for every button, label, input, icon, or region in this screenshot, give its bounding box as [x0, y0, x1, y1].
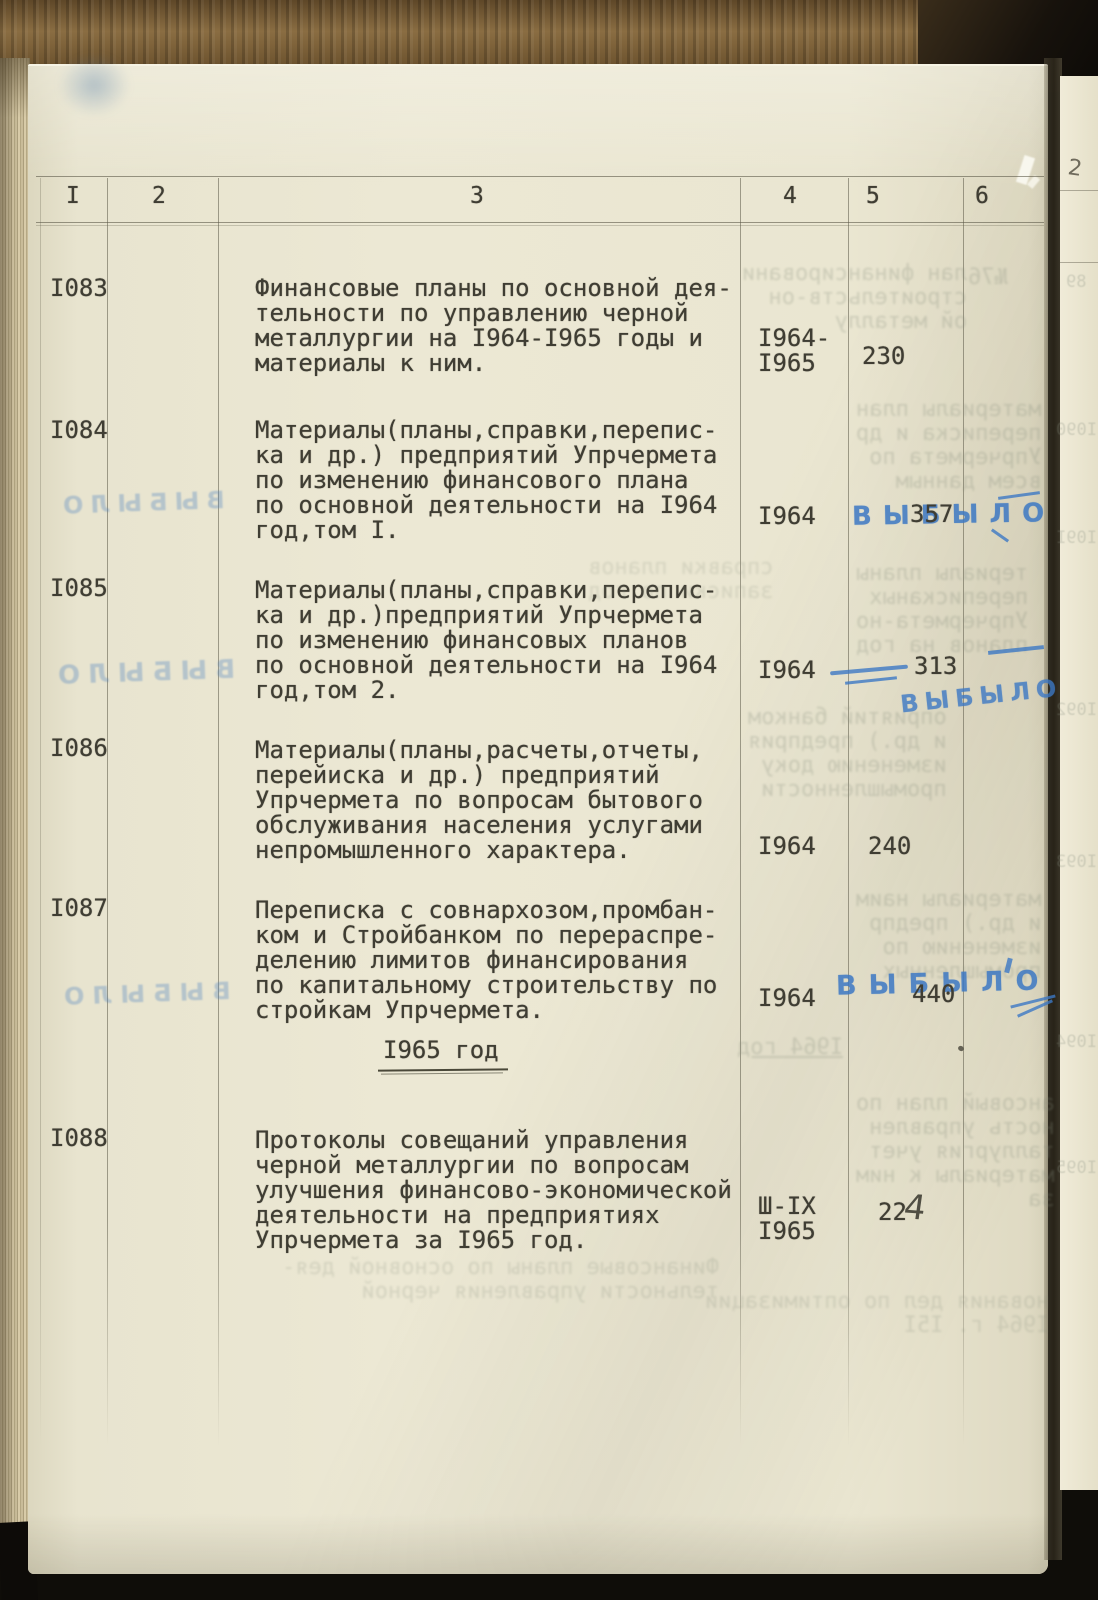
entry-title: Материалы(планы,расчеты,отчеты, перейиск… — [255, 738, 703, 863]
bleedthrough-text: материалы план переписка и др Упрчермета… — [856, 398, 1041, 494]
column-rule — [40, 178, 41, 1446]
bleedthrough-entry-number: I090 — [1056, 420, 1097, 440]
next-page-rule — [1060, 262, 1098, 263]
section-heading-1965: I965 год — [383, 1038, 499, 1063]
bleedthrough-text: Финансовые планы по основной дея- тельно… — [282, 1256, 719, 1304]
entry-dates: Ш-IX I965 — [758, 1194, 816, 1244]
bleedthrough-entry-number: 89 — [1066, 272, 1086, 292]
archival-scan-page: 2 I 2 3 4 5 6 I083 Финансовые планы по о… — [0, 0, 1098, 1600]
entry-number: I088 — [50, 1126, 108, 1151]
column-header-2: 2 — [152, 184, 166, 209]
entry-dates: I964 — [758, 986, 816, 1011]
entry-dates: I964 — [758, 504, 816, 529]
bleedthrough-text: справки планов записки по год — [588, 556, 773, 604]
entry-title: Финансовые планы по основной дея- тельно… — [255, 276, 732, 376]
entry-count: 440 — [912, 982, 955, 1007]
entry-number: I084 — [50, 418, 108, 443]
column-rule — [218, 178, 219, 1446]
bleedthrough-text: №76 — [968, 266, 1008, 290]
column-header-4: 4 — [783, 184, 797, 209]
column-rule — [848, 178, 849, 1446]
bleedthrough-text: нования дел по оптимизации I964 г. I5I — [705, 1290, 1049, 1338]
bleedthrough-text: лан финансировани строительств-он ой мет… — [742, 262, 967, 334]
entry-title: Протоколы совещаний управления черной ме… — [255, 1128, 732, 1253]
column-header-1: I — [66, 184, 80, 209]
entry-number: I087 — [50, 896, 108, 921]
entry-count: 240 — [868, 834, 911, 859]
table-header-rule-double — [36, 225, 1044, 226]
bleedthrough-entry-number: I093 — [1056, 852, 1097, 872]
vybylo-stamp: ВЫБЫЛО — [852, 498, 1056, 532]
bleedthrough-entry-number: I092 — [1056, 700, 1097, 720]
entry-count: 357 — [910, 502, 953, 527]
next-page-rule — [1060, 190, 1098, 191]
entry-number: I083 — [50, 276, 108, 301]
bleedthrough-text: ансовый план по ность управлен таллургия… — [856, 1092, 1055, 1212]
column-rule — [107, 178, 108, 1446]
bleedthrough-entry-number: I09I — [1056, 528, 1097, 548]
column-rule — [740, 178, 741, 1446]
table-header-rule — [36, 222, 1044, 223]
ink-smudge — [58, 54, 130, 116]
bleedthrough-entry-number: I094 — [1056, 1032, 1097, 1052]
entry-dates: I964 — [758, 834, 816, 859]
page-stack-edge — [0, 58, 30, 1558]
entry-dates: I964 — [758, 658, 816, 683]
bleedthrough-text: I964 год — [737, 1036, 843, 1060]
entry-number: I086 — [50, 736, 108, 761]
bleedthrough-entry-number: I095 — [1056, 1158, 1097, 1178]
column-header-3: 3 — [470, 184, 484, 209]
entry-title: Материалы(планы,справки,перепис- ка и др… — [255, 418, 717, 543]
column-rule — [963, 178, 964, 1446]
table-top-rule — [36, 176, 1044, 177]
entry-title: Переписка с совнархозом,промбан- ком и С… — [255, 898, 717, 1023]
column-header-5: 5 — [866, 184, 880, 209]
bleedthrough-vybylo-stamp: ВЫБЫЛО — [56, 486, 226, 520]
column-header-6: 6 — [975, 184, 989, 209]
entry-count: 230 — [862, 344, 905, 369]
bleedthrough-text: териалы планы переписканых Упрчермета-но… — [856, 562, 1028, 658]
entry-number: I085 — [50, 576, 108, 601]
bleedthrough-text: оприятий банком и др.) предприя изменени… — [748, 706, 947, 802]
